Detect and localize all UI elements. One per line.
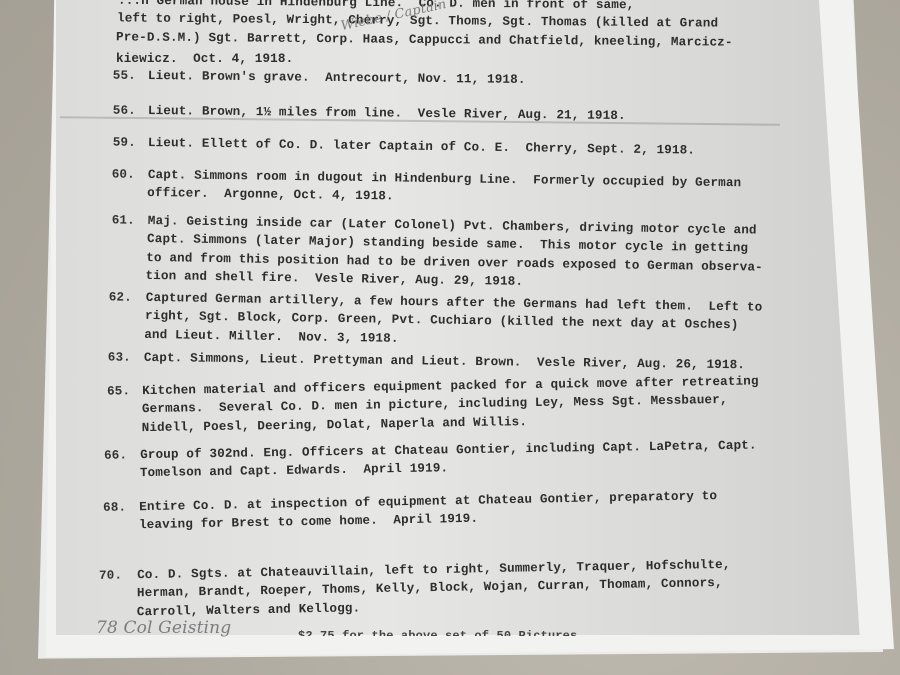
entry-line: officer. Argonne, Oct. 4, 1918. [147, 184, 394, 206]
typed-document: ...n German house in Hindenburg Line. Co… [0, 0, 900, 675]
entry-number: 61. [101, 211, 135, 230]
entry-line: Lieut. Brown, 1½ miles from line. Vesle … [148, 102, 626, 126]
entry-line: Lieut. Brown's grave. Antrecourt, Nov. 1… [148, 67, 526, 89]
entry-line: and Lieut. Miller. Nov. 3, 1918. [144, 326, 399, 348]
entry-line: Tomelson and Capt. Edwards. April 1919. [140, 460, 449, 483]
entry-number: 62. [98, 288, 132, 307]
entry-line: kiewicz. Oct. 4, 1918. [116, 50, 293, 69]
entry-number: 56. [102, 101, 136, 120]
entry-number: 55. [102, 66, 136, 85]
entry-number: 65. [96, 382, 130, 401]
entry-line: Capt. Simmons, Lieut. Prettyman and Lieu… [144, 349, 745, 375]
entry-number: 70. [88, 566, 122, 585]
entry-line: Pre-D.S.M.) Sgt. Barrett, Corp. Haas, Ca… [116, 28, 733, 52]
entry-number: 60. [101, 165, 135, 184]
entry-line: Lieut. Ellett of Co. D. later Captain of… [148, 134, 695, 160]
handwritten-annotation-bottom: 78 Col Geisting [96, 618, 231, 638]
footer-price-line: $2.75 for the above set of 50 Pictures [298, 628, 577, 636]
entry-number: 66. [93, 446, 127, 465]
entry-line: Group of 302nd. Eng. Officers at Chateau… [140, 436, 757, 464]
entry-number: 63. [97, 348, 131, 367]
entry-number: 59. [102, 133, 136, 152]
entry-number: 68. [92, 498, 126, 517]
